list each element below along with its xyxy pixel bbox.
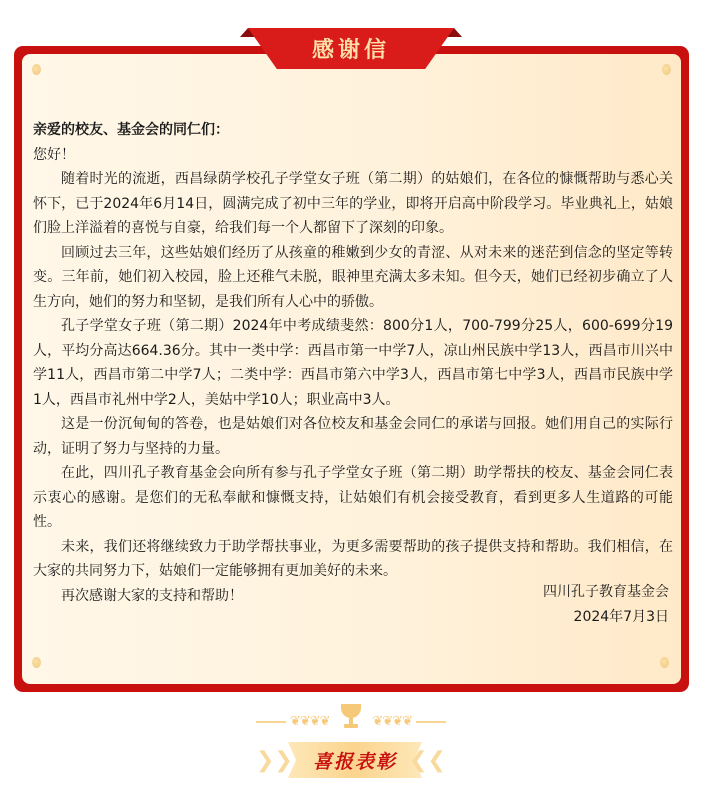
letter-paragraph: 在此，四川孔子教育基金会向所有参与孔子学堂女子班（第二期）助学帮扶的校友、基金会… [33,461,673,535]
letter-salutation: 亲爱的校友、基金会的同仁们： [33,118,673,143]
laurel-left-icon: ❦❦❦❦ [290,714,330,729]
letter-paragraph: 这是一份沉甸甸的答卷，也是姑娘们对各位校友和基金会同仁的承诺与回报。她们用自己的… [33,412,673,461]
pin-icon [32,64,41,75]
letter-paragraph: 未来，我们还将继续致力于助学帮扶事业，为更多需要帮助的孩子提供支持和帮助。我们相… [33,535,673,584]
ribbon-fold-left [240,28,256,37]
letter-paragraph: 孔子学堂女子班（第二期）2024年中考成绩斐然：800分1人，700-799分2… [33,314,673,412]
pin-icon [662,64,671,75]
letter-paragraph: 随着时光的流逝，西昌绿荫学校孔子学堂女子班（第二期）的姑娘们，在各位的慷慨帮助与… [33,167,673,241]
section-title: 喜报表彰 [313,747,397,774]
section-header-honors: ❦❦❦❦ ❦❦❦❦ ❯❯ 喜报表彰 ❮❮ [250,704,452,794]
ribbon-fold-right [446,28,462,37]
pin-icon [32,657,41,668]
letter-signature: 四川孔子教育基金会 2024年7月3日 [543,580,669,629]
letter-paragraph: 回顾过去三年，这些姑娘们经历了从孩童的稚嫩到少女的青涩、从对未来的迷茫到信念的坚… [33,241,673,315]
divider-line [256,721,286,723]
chevron-right-icon: ❯❯ [256,748,293,773]
chevron-left-icon: ❮❮ [409,748,446,773]
laurel-right-icon: ❦❦❦❦ [372,714,412,729]
trophy-icon [338,704,364,734]
divider-line [416,721,446,723]
letter-body: 亲爱的校友、基金会的同仁们： 您好！ 随着时光的流逝，西昌绿荫学校孔子学堂女子班… [33,118,673,608]
signature-date: 2024年7月3日 [543,605,669,630]
letter-greeting: 您好！ [33,143,673,168]
pin-icon [660,657,669,668]
signature-organization: 四川孔子教育基金会 [543,580,669,605]
section-banner: 喜报表彰 [288,742,422,778]
